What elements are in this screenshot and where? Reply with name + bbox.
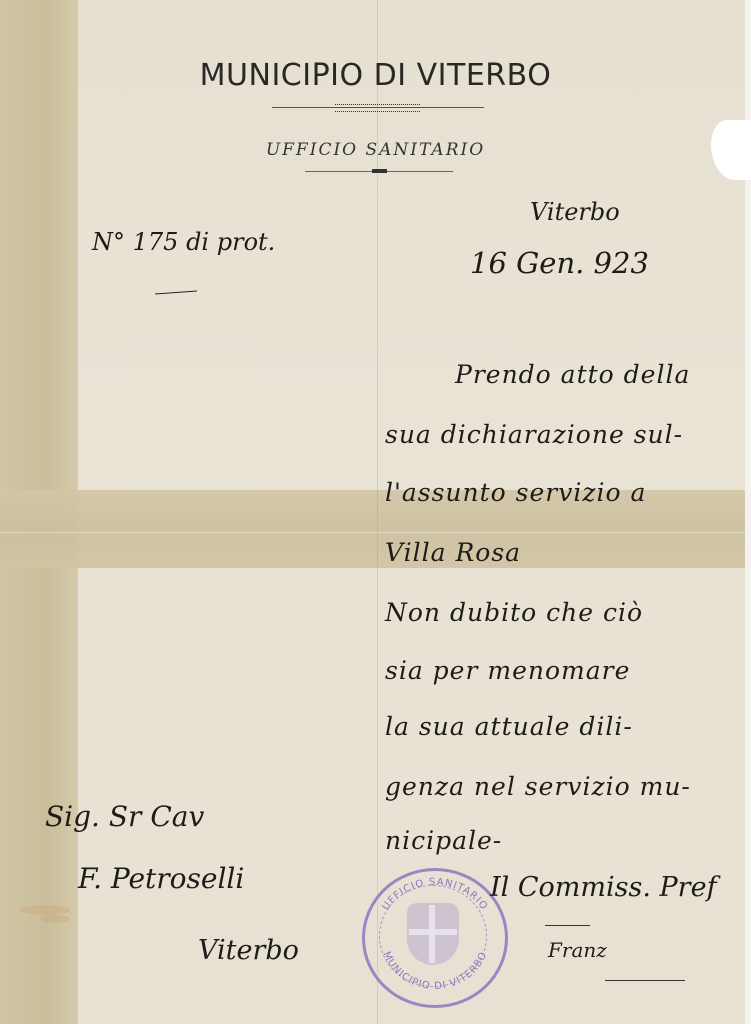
body-line: nicipale-	[385, 826, 502, 855]
letterhead-title: MUNICIPIO DI VITERBO	[0, 58, 751, 93]
body-line: Non dubito che ciò	[385, 598, 643, 627]
body-line: sua dichiarazione sul-	[385, 420, 683, 449]
body-line: genza nel servizio mu-	[385, 772, 691, 801]
body-line: l'assunto servizio a	[385, 478, 646, 507]
signatory-title: Il Commiss. Pref	[490, 872, 717, 903]
recipient-name: F. Petroselli	[78, 862, 244, 895]
fold-line-horizontal	[0, 532, 745, 533]
svg-text:UFFICIO SANITARIO: UFFICIO SANITARIO	[380, 877, 489, 913]
stamp-text: UFFICIO SANITARIO MUNICIPIO DI VITERBO	[365, 871, 505, 1005]
official-stamp: UFFICIO SANITARIO MUNICIPIO DI VITERBO	[362, 868, 508, 1008]
dateline-place: Viterbo	[530, 198, 620, 226]
body-line: Villa Rosa	[385, 538, 521, 567]
dateline-date: 16 Gen. 923	[470, 246, 649, 280]
subtitle-rule-mark	[372, 169, 387, 173]
body-line: Prendo atto della	[455, 360, 690, 389]
body-line: sia per menomare	[385, 656, 630, 685]
signature-underline	[605, 980, 685, 981]
recipient-salutation: Sig. Sr Cav	[45, 800, 204, 833]
foxing-stain	[40, 915, 70, 923]
recipient-city: Viterbo	[198, 935, 299, 966]
letterhead-subtitle: UFFICIO SANITARIO	[0, 140, 751, 160]
letterhead-ornament	[335, 104, 420, 112]
body-line: la sua attuale dili-	[385, 712, 633, 741]
svg-text:MUNICIPIO DI VITERBO: MUNICIPIO DI VITERBO	[380, 950, 489, 992]
signature-flourish	[545, 925, 590, 926]
protocol-number: N° 175 di prot.	[92, 228, 275, 256]
foxing-stain	[20, 905, 70, 915]
signatory-signature: Franz	[548, 938, 607, 962]
